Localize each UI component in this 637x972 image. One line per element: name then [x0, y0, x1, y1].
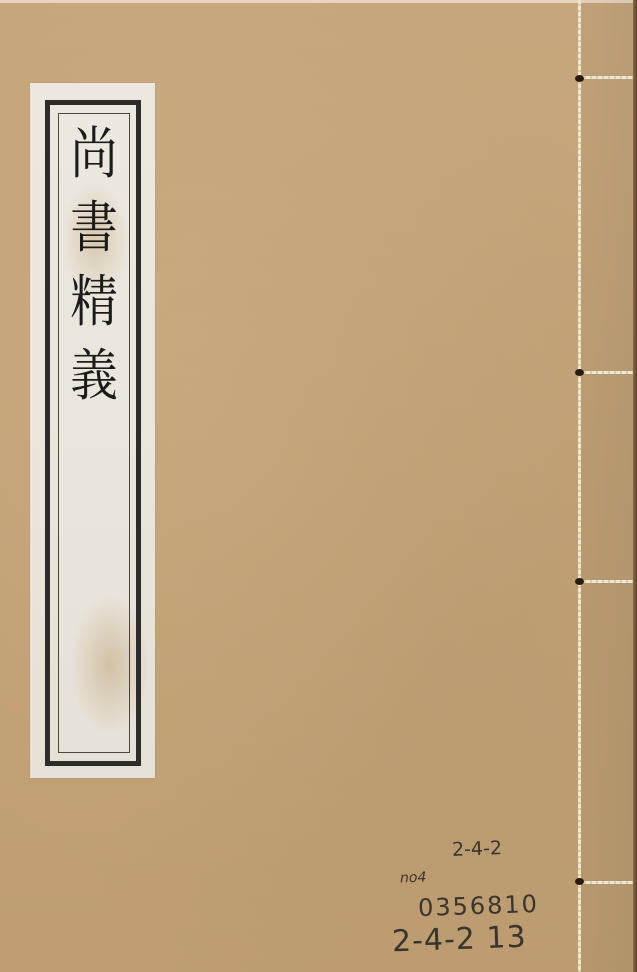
binding-thread-2 [580, 371, 633, 374]
stitch-hole-2 [575, 369, 584, 376]
handwritten-accession-number: 0356810 [418, 890, 540, 922]
handwritten-volume-no: no4 [400, 870, 427, 887]
title-char-3: 精 [70, 266, 118, 340]
spine-area [578, 0, 633, 972]
handwritten-shelf-mark: 2-4-2 [452, 837, 503, 861]
handwritten-call-number: 2-4-2 13 [391, 920, 527, 960]
binding-thread-vertical [578, 0, 581, 972]
binding-thread-1 [580, 76, 633, 79]
stitch-hole-3 [575, 578, 584, 585]
title-char-2: 書 [70, 192, 118, 266]
cover-top-edge [0, 0, 637, 3]
title-char-4: 義 [70, 340, 118, 414]
cover-right-edge [633, 0, 637, 972]
title-char-1: 尚 [70, 118, 118, 192]
binding-thread-4 [580, 881, 633, 884]
book-title: 尚 書 精 義 [60, 118, 128, 414]
stitch-hole-4 [575, 878, 584, 885]
stitch-hole-1 [575, 75, 584, 82]
binding-thread-3 [580, 580, 633, 583]
